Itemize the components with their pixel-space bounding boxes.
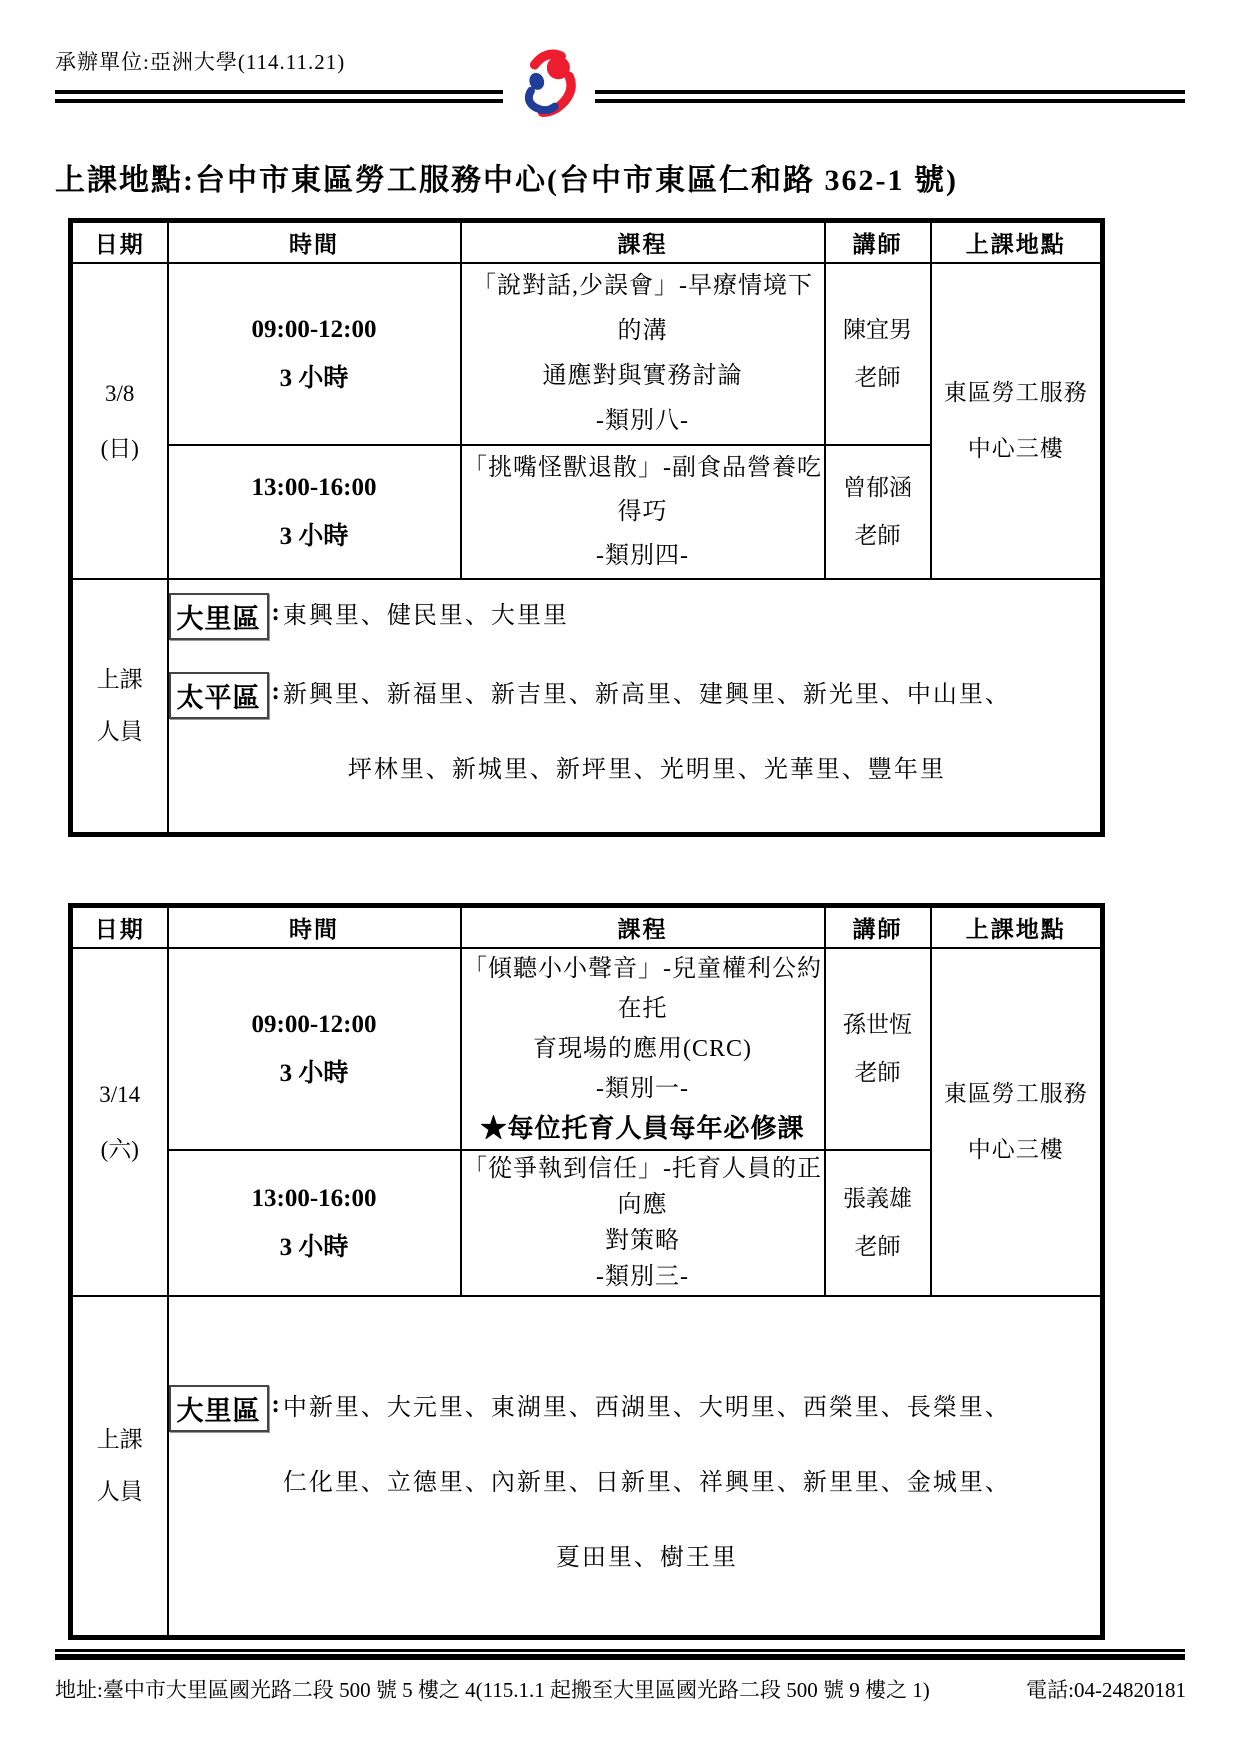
attendees-content-cell: 大里區 : 東興里、健民里、大里里 太平區 : 新興里、新福里、新吉里、新高里、… <box>168 579 1103 835</box>
date-cell: 3/8 (日) <box>71 263 168 579</box>
col-header-teacher: 講師 <box>825 906 931 948</box>
district-colon: : <box>269 593 283 627</box>
attendee-group-taiping: 太平區 : 新興里、新福里、新吉里、新高里、建興里、新光里、中山里、 坪林里、新… <box>169 672 1101 787</box>
village-line: 夏田里、樹王里 <box>283 1542 1011 1575</box>
village-line: 中新里、大元里、東湖里、西湖里、大明里、西榮里、長榮里、 <box>283 1392 1011 1425</box>
date-value: 3/14 <box>73 1067 167 1122</box>
district-colon: : <box>269 1385 283 1419</box>
village-line: 東興里、健民里、大里里 <box>283 600 569 633</box>
date-value: 3/8 <box>73 366 167 421</box>
district-box: 大里區 <box>169 593 269 640</box>
attendees-label-line: 人員 <box>73 1466 167 1518</box>
footer-double-rule <box>55 1649 1185 1660</box>
col-header-location: 上課地點 <box>931 906 1103 948</box>
time-range: 09:00-12:00 <box>169 1000 460 1049</box>
footer-address: 地址:臺中市大里區國光路二段 500 號 5 樓之 4(115.1.1 起搬至大… <box>55 1674 930 1704</box>
time-duration: 3 小時 <box>169 512 460 561</box>
teacher-title: 老師 <box>826 512 930 560</box>
location-cell: 東區勞工服務 中心三樓 <box>931 263 1103 579</box>
time-range: 13:00-16:00 <box>169 463 460 512</box>
attendees-content-cell: 大里區 : 中新里、大元里、東湖里、西湖里、大明里、西榮里、長榮里、 仁化里、立… <box>168 1296 1103 1638</box>
course-required-note: ★每位托育人員每年必修課 <box>462 1109 824 1149</box>
attendees-row: 上課 人員 大里區 : 東興里、健民里、大里里 太平區 : 新興里、新福里、新吉… <box>71 579 1103 835</box>
page-title: 上課地點:台中市東區勞工服務中心(台中市東區仁和路 362-1 號) <box>55 155 958 199</box>
teacher-title: 老師 <box>826 1223 930 1271</box>
col-header-teacher: 講師 <box>825 221 931 263</box>
teacher-name: 張義雄 <box>826 1175 930 1223</box>
teacher-cell: 張義雄 老師 <box>825 1150 931 1296</box>
document-page: 承辦單位:亞洲大學(114.11.21) 上課地點:台中市東區勞工服務中心(台中… <box>0 0 1241 1755</box>
village-line: 仁化里、立德里、內新里、日新里、祥興里、新里里、金城里、 <box>283 1467 1011 1500</box>
organizer-line: 承辦單位:亞洲大學(114.11.21) <box>55 46 345 76</box>
time-cell: 13:00-16:00 3 小時 <box>168 445 461 579</box>
course-cell: 「挑嘴怪獸退散」-副食品營養吃得巧 -類別四- <box>461 445 825 579</box>
col-header-time: 時間 <box>168 221 461 263</box>
course-category: -類別三- <box>462 1259 824 1295</box>
course-line: 「挑嘴怪獸退散」-副食品營養吃得巧 <box>462 446 824 534</box>
course-category: -類別一- <box>462 1069 824 1109</box>
header-double-rule <box>55 90 1185 103</box>
course-line: 育現場的應用(CRC) <box>462 1029 824 1069</box>
teacher-name: 孫世恆 <box>826 1001 930 1049</box>
table-header-row: 日期 時間 課程 講師 上課地點 <box>71 906 1103 948</box>
location-line: 東區勞工服務 <box>932 365 1101 421</box>
teacher-name: 曾郁涵 <box>826 464 930 512</box>
table-header-row: 日期 時間 課程 講師 上課地點 <box>71 221 1103 263</box>
time-range: 09:00-12:00 <box>169 305 460 354</box>
attendees-label-line: 上課 <box>73 1414 167 1466</box>
attendees-label-cell: 上課 人員 <box>71 579 168 835</box>
course-cell: 「說對話,少誤會」-早療情境下的溝 通應對與實務討論 -類別八- <box>461 263 825 445</box>
time-range: 13:00-16:00 <box>169 1174 460 1223</box>
location-line: 中心三樓 <box>932 1122 1101 1178</box>
course-line: 「說對話,少誤會」-早療情境下的溝 <box>462 264 824 354</box>
col-header-time: 時間 <box>168 906 461 948</box>
time-duration: 3 小時 <box>169 1223 460 1272</box>
col-header-date: 日期 <box>71 221 168 263</box>
time-duration: 3 小時 <box>169 1049 460 1098</box>
session-row: 3/14 (六) 09:00-12:00 3 小時 「傾聽小小聲音」-兒童權利公… <box>71 948 1103 1150</box>
teacher-title: 老師 <box>826 1049 930 1097</box>
date-cell: 3/14 (六) <box>71 948 168 1296</box>
village-line: 坪林里、新城里、新坪里、光明里、光華里、豐年里 <box>283 754 1011 787</box>
schedule-table-march-8: 日期 時間 課程 講師 上課地點 3/8 (日) 09:00-12:00 3 小… <box>68 218 1105 837</box>
attendee-group-dali: 大里區 : 中新里、大元里、東湖里、西湖里、大明里、西榮里、長榮里、 仁化里、立… <box>169 1385 1101 1575</box>
time-cell: 09:00-12:00 3 小時 <box>168 263 461 445</box>
village-list: 新興里、新福里、新吉里、新高里、建興里、新光里、中山里、 坪林里、新城里、新坪里… <box>283 672 1011 787</box>
attendees-label-cell: 上課 人員 <box>71 1296 168 1638</box>
village-line: 新興里、新福里、新吉里、新高里、建興里、新光里、中山里、 <box>283 679 1011 712</box>
course-line: 通應對與實務討論 <box>462 354 824 399</box>
course-cell: 「傾聽小小聲音」-兒童權利公約在托 育現場的應用(CRC) -類別一- ★每位托… <box>461 948 825 1150</box>
course-category: -類別八- <box>462 399 824 444</box>
attendees-label-line: 上課 <box>73 654 167 706</box>
teacher-cell: 陳宜男 老師 <box>825 263 931 445</box>
time-cell: 09:00-12:00 3 小時 <box>168 948 461 1150</box>
attendee-group-dali: 大里區 : 東興里、健民里、大里里 <box>169 593 1101 640</box>
col-header-course: 課程 <box>461 906 825 948</box>
attendees-label-line: 人員 <box>73 706 167 758</box>
course-line: 「傾聽小小聲音」-兒童權利公約在托 <box>462 949 824 1029</box>
footer-phone: 電話:04-24820181 <box>1026 1674 1186 1704</box>
location-line: 中心三樓 <box>932 421 1101 477</box>
col-header-location: 上課地點 <box>931 221 1103 263</box>
district-box: 大里區 <box>169 1385 269 1432</box>
date-weekday: (六) <box>73 1122 167 1177</box>
labor-bureau-logo <box>503 48 595 122</box>
course-line: 「從爭執到信任」-托育人員的正向應 <box>462 1151 824 1223</box>
logo-icon <box>513 49 585 121</box>
teacher-title: 老師 <box>826 354 930 402</box>
footer: 地址:臺中市大里區國光路二段 500 號 5 樓之 4(115.1.1 起搬至大… <box>55 1674 1186 1704</box>
logo-blue-body <box>529 91 555 110</box>
session-row: 3/8 (日) 09:00-12:00 3 小時 「說對話,少誤會」-早療情境下… <box>71 263 1103 445</box>
village-list: 中新里、大元里、東湖里、西湖里、大明里、西榮里、長榮里、 仁化里、立德里、內新里… <box>283 1385 1011 1575</box>
col-header-course: 課程 <box>461 221 825 263</box>
schedule-table-march-14: 日期 時間 課程 講師 上課地點 3/14 (六) 09:00-12:00 3 … <box>68 903 1105 1640</box>
course-line: 對策略 <box>462 1223 824 1259</box>
date-weekday: (日) <box>73 421 167 476</box>
location-line: 東區勞工服務 <box>932 1066 1101 1122</box>
district-colon: : <box>269 672 283 706</box>
teacher-cell: 曾郁涵 老師 <box>825 445 931 579</box>
time-cell: 13:00-16:00 3 小時 <box>168 1150 461 1296</box>
course-cell: 「從爭執到信任」-托育人員的正向應 對策略 -類別三- <box>461 1150 825 1296</box>
teacher-name: 陳宜男 <box>826 306 930 354</box>
time-duration: 3 小時 <box>169 354 460 403</box>
attendees-row: 上課 人員 大里區 : 中新里、大元里、東湖里、西湖里、大明里、西榮里、長榮里、… <box>71 1296 1103 1638</box>
district-box: 太平區 <box>169 672 269 719</box>
teacher-cell: 孫世恆 老師 <box>825 948 931 1150</box>
col-header-date: 日期 <box>71 906 168 948</box>
village-list: 東興里、健民里、大里里 <box>283 593 569 633</box>
course-category: -類別四- <box>462 534 824 578</box>
location-cell: 東區勞工服務 中心三樓 <box>931 948 1103 1296</box>
